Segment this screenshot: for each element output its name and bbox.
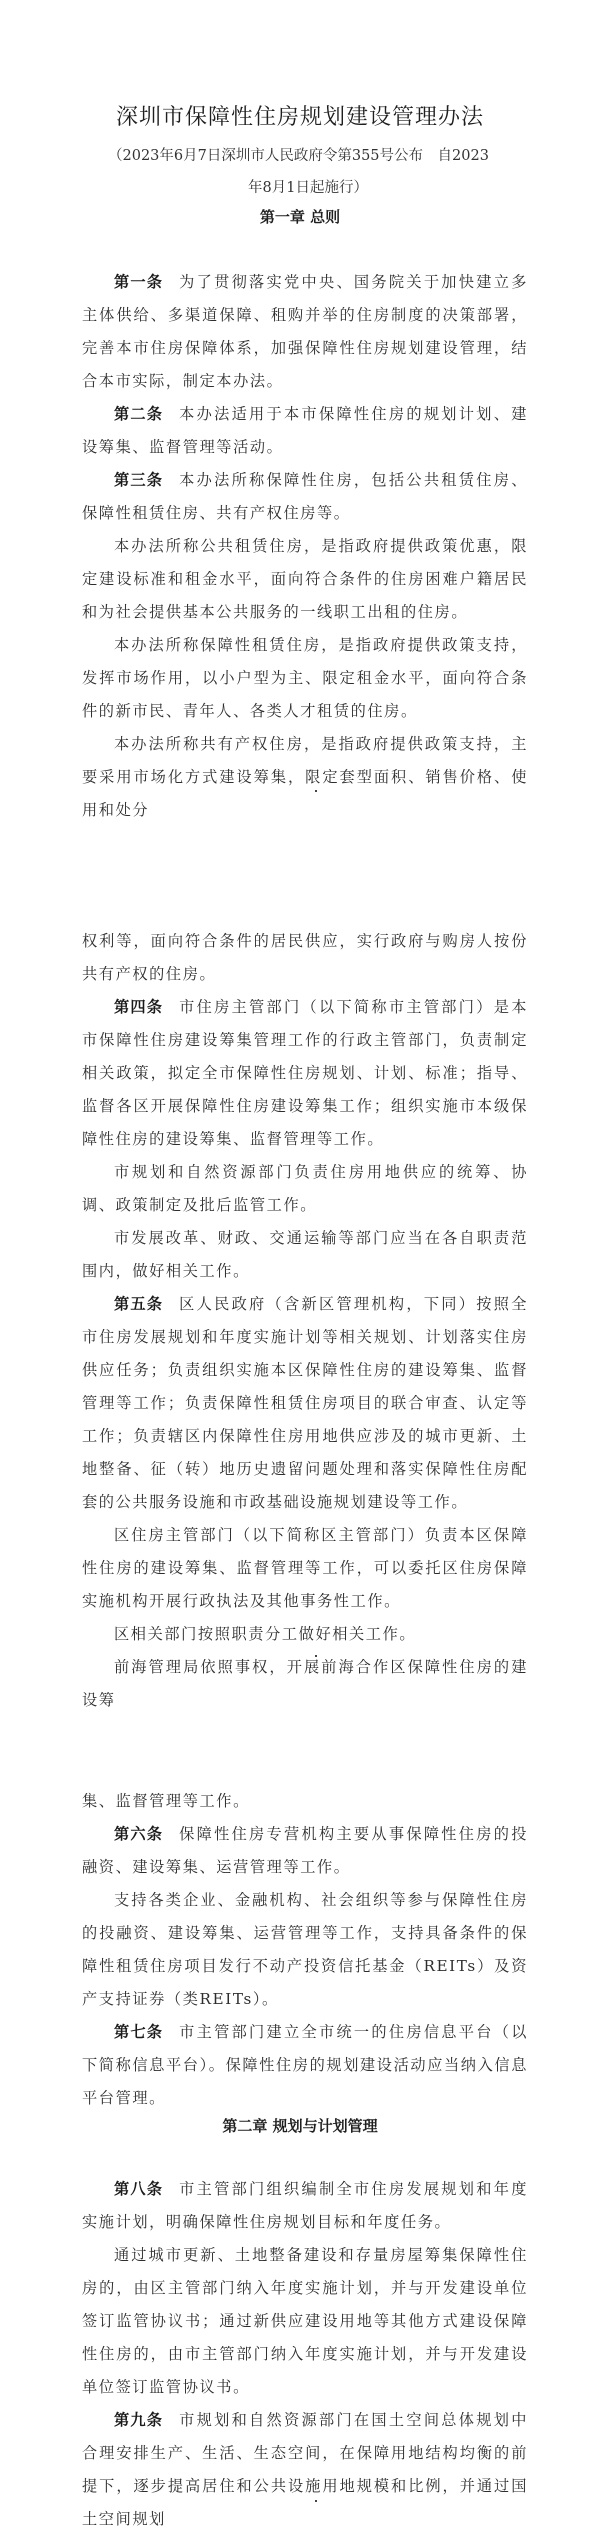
article-label: 第一条 [114,273,163,291]
paragraph: 本办法所称保障性租赁住房，是指政府提供政策支持，发挥市场作用，以小户型为主、限定… [82,629,528,728]
article-label: 第七条 [114,2023,163,2041]
paragraph: 市发展改革、财政、交通运输等部门应当在各自职责范围内，做好相关工作。 [82,1222,528,1288]
article-label: 第二条 [114,405,163,423]
document-subtitle: （2023年6月7日深圳市人民政府令第355号公布 自2023 年8月1日起施行… [108,140,528,204]
page-break-marker [315,790,317,792]
paragraph: 市规划和自然资源部门负责住房用地供应的统筹、协调、政策制定及批后监管工作。 [82,1156,528,1222]
article-label: 第三条 [114,471,163,489]
article-label: 第六条 [114,1825,163,1843]
subtitle-line-2: 年8月1日起施行） [108,172,528,204]
article-1: 第一条为了贯彻落实党中央、国务院关于加快建立多主体供给、多渠道保障、租购并举的住… [82,266,528,398]
article-text: 区人民政府（含新区管理机构，下同）按照全市住房发展规划和年度实施计划等相关规划、… [82,1295,528,1511]
article-7: 第七条市主管部门建立全市统一的住房信息平台（以下简称信息平台）。保障性住房的规划… [82,2016,528,2115]
paragraph: 支持各类企业、金融机构、社会组织等参与保障性住房的投融资、建设筹集、运营管理等工… [82,1884,528,2016]
page-break-marker [315,1655,317,1657]
chapter-heading-1: 第一章 总则 [0,206,600,227]
paragraph: 区住房主管部门（以下简称区主管部门）负责本区保障性住房的建设筹集、监督管理等工作… [82,1519,528,1618]
article-text: 市住房主管部门（以下简称市主管部门）是本市保障性住房建设筹集管理工作的行政主管部… [82,998,528,1148]
article-label: 第四条 [114,998,163,1016]
paragraph: 通过城市更新、土地整备建设和存量房屋筹集保障性住房的，由区主管部门纳入年度实施计… [82,2239,528,2404]
chapter-heading-2: 第二章 规划与计划管理 [0,2115,600,2136]
article-4: 第四条市住房主管部门（以下简称市主管部门）是本市保障性住房建设筹集管理工作的行政… [82,991,528,1156]
page-1-body: 第一条为了贯彻落实党中央、国务院关于加快建立多主体供给、多渠道保障、租购并举的住… [82,266,528,827]
paragraph: 本办法所称共有产权住房，是指政府提供政策支持，主要采用市场化方式建设筹集，限定套… [82,728,528,827]
chapter-2-body: 第八条市主管部门组织编制全市住房发展规划和年度实施计划，明确保障性住房规划目标和… [82,2173,528,2536]
article-3: 第三条本办法所称保障性住房，包括公共租赁住房、保障性租赁住房、共有产权住房等。 [82,464,528,530]
paragraph: 本办法所称公共租赁住房，是指政府提供政策优惠，限定建设标准和租金水平，面向符合条… [82,530,528,629]
article-6: 第六条保障性住房专营机构主要从事保障性住房的投融资、建设筹集、运营管理等工作。 [82,1818,528,1884]
document-title: 深圳市保障性住房规划建设管理办法 [0,100,600,131]
paragraph: 权利等，面向符合条件的居民供应，实行政府与购房人按份共有产权的住房。 [82,925,528,991]
paragraph: 集、监督管理等工作。 [82,1785,528,1818]
page-2-body: 权利等，面向符合条件的居民供应，实行政府与购房人按份共有产权的住房。 第四条市住… [82,925,528,1717]
article-label: 第八条 [114,2180,163,2198]
article-2: 第二条本办法适用于本市保障性住房的规划计划、建设筹集、监督管理等活动。 [82,398,528,464]
subtitle-line-1: （2023年6月7日深圳市人民政府令第355号公布 自2023 [108,148,489,164]
article-label: 第九条 [114,2411,163,2429]
article-label: 第五条 [114,1295,163,1313]
article-5: 第五条区人民政府（含新区管理机构，下同）按照全市住房发展规划和年度实施计划等相关… [82,1288,528,1519]
paragraph: 前海管理局依照事权，开展前海合作区保障性住房的建设筹 [82,1651,528,1717]
paragraph: 区相关部门按照职责分工做好相关工作。 [82,1618,528,1651]
page-3-body: 集、监督管理等工作。 第六条保障性住房专营机构主要从事保障性住房的投融资、建设筹… [82,1785,528,2115]
article-9: 第九条市规划和自然资源部门在国土空间总体规划中合理安排生产、生活、生态空间，在保… [82,2404,528,2536]
article-8: 第八条市主管部门组织编制全市住房发展规划和年度实施计划，明确保障性住房规划目标和… [82,2173,528,2239]
page-break-marker [315,2500,317,2502]
